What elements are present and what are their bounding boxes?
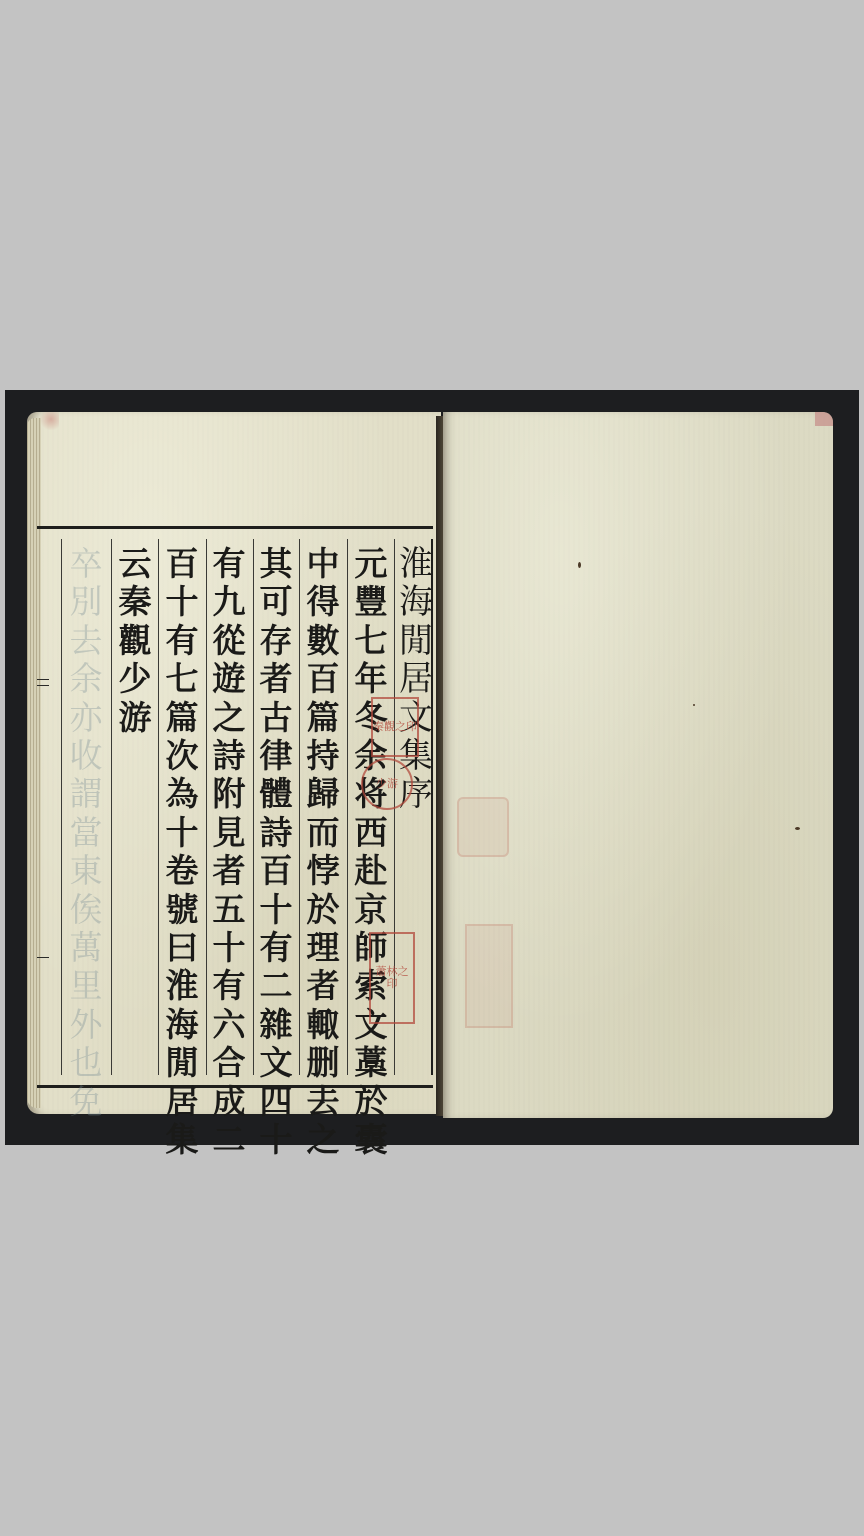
character: 十 bbox=[166, 583, 199, 621]
character: 得 bbox=[307, 583, 340, 621]
square-seal: 蕭林之印 bbox=[369, 932, 415, 1024]
character: 云 bbox=[119, 545, 152, 583]
character: 東 bbox=[70, 852, 103, 890]
character: 里 bbox=[70, 967, 103, 1005]
character: 秦 bbox=[119, 583, 152, 621]
character: 萬 bbox=[70, 929, 103, 967]
character: 有 bbox=[213, 545, 246, 583]
ghost-seal bbox=[465, 924, 513, 1028]
character: 從 bbox=[213, 622, 246, 660]
character: 百 bbox=[166, 545, 199, 583]
character: 於 bbox=[307, 891, 340, 929]
folio-mark bbox=[37, 679, 49, 680]
ghost-seal bbox=[457, 797, 509, 857]
text-column-2: 中得數百篇持歸而悖於理者輙删去之 bbox=[300, 545, 346, 1160]
character: 曰 bbox=[166, 929, 199, 967]
character: 外 bbox=[70, 1006, 103, 1044]
left-page: 淮海閒居文集序 元豐七年冬余将西赴京師索文藁於囊 中得數百篇持歸而悖於理者輙删去… bbox=[27, 412, 441, 1114]
character: 律 bbox=[260, 737, 293, 775]
character: 少 bbox=[119, 660, 152, 698]
character: 亦 bbox=[70, 699, 103, 737]
character: 去 bbox=[70, 622, 103, 660]
character: 年 bbox=[355, 660, 388, 698]
character: 二 bbox=[260, 967, 293, 1005]
character: 於 bbox=[355, 1083, 388, 1121]
character: 者 bbox=[213, 852, 246, 890]
show-through-column: 卒別去余亦收謂當東俟萬里外也免 bbox=[63, 545, 109, 1121]
character: 俟 bbox=[70, 891, 103, 929]
character: 篇 bbox=[307, 699, 340, 737]
folio-mark bbox=[37, 685, 49, 686]
character: 去 bbox=[307, 1083, 340, 1121]
character: 歸 bbox=[307, 775, 340, 813]
right-page bbox=[443, 412, 833, 1118]
character: 藁 bbox=[355, 1044, 388, 1082]
character: 中 bbox=[307, 545, 340, 583]
character: 別 bbox=[70, 583, 103, 621]
character: 悖 bbox=[307, 852, 340, 890]
character: 六 bbox=[213, 1006, 246, 1044]
character: 集 bbox=[166, 1121, 199, 1159]
character: 持 bbox=[307, 737, 340, 775]
character: 輙 bbox=[307, 1006, 340, 1044]
character: 者 bbox=[260, 660, 293, 698]
character: 者 bbox=[307, 967, 340, 1005]
character: 遊 bbox=[213, 660, 246, 698]
square-seal: 秦觀之印 bbox=[371, 697, 419, 757]
character: 七 bbox=[166, 660, 199, 698]
character: 赴 bbox=[355, 852, 388, 890]
character: 當 bbox=[70, 814, 103, 852]
character: 居 bbox=[166, 1083, 199, 1121]
character: 附 bbox=[213, 775, 246, 813]
character: 閒 bbox=[399, 622, 433, 660]
character: 觀 bbox=[119, 622, 152, 660]
character: 海 bbox=[399, 583, 433, 621]
character: 淮 bbox=[166, 967, 199, 1005]
character: 見 bbox=[213, 814, 246, 852]
character: 有 bbox=[260, 929, 293, 967]
column-rule bbox=[61, 539, 62, 1075]
character: 囊 bbox=[355, 1121, 388, 1159]
folio-mark bbox=[37, 957, 49, 958]
character: 四 bbox=[260, 1083, 293, 1121]
character: 删 bbox=[307, 1044, 340, 1082]
character: 可 bbox=[260, 583, 293, 621]
character: 十 bbox=[260, 1121, 293, 1159]
paper-speck bbox=[795, 827, 800, 830]
character: 西 bbox=[355, 814, 388, 852]
character: 詩 bbox=[213, 737, 246, 775]
character: 卷 bbox=[166, 852, 199, 890]
character: 體 bbox=[260, 775, 293, 813]
character: 海 bbox=[166, 1006, 199, 1044]
character: 合 bbox=[213, 1044, 246, 1082]
character: 也 bbox=[70, 1044, 103, 1082]
text-column-4: 有九從遊之詩附見者五十有六合成二 bbox=[206, 545, 252, 1160]
paper-speck bbox=[578, 562, 581, 568]
text-column-6: 云秦觀少游 bbox=[112, 545, 158, 737]
character: 篇 bbox=[166, 699, 199, 737]
character: 之 bbox=[213, 699, 246, 737]
character: 有 bbox=[166, 622, 199, 660]
character: 豐 bbox=[355, 583, 388, 621]
scan-background: 淮海閒居文集序 元豐七年冬余将西赴京師索文藁於囊 中得數百篇持歸而悖於理者輙删去… bbox=[5, 390, 859, 1145]
character: 卒 bbox=[70, 545, 103, 583]
character: 數 bbox=[307, 622, 340, 660]
text-column-1: 元豐七年冬余将西赴京師索文藁於囊 bbox=[348, 545, 394, 1160]
corner-stain bbox=[39, 412, 59, 430]
character: 詩 bbox=[260, 814, 293, 852]
character: 京 bbox=[355, 891, 388, 929]
character: 雜 bbox=[260, 1006, 293, 1044]
character: 百 bbox=[307, 660, 340, 698]
character: 二 bbox=[213, 1121, 246, 1159]
text-column-3: 其可存者古律體詩百十有二雜文四十 bbox=[253, 545, 299, 1160]
character: 游 bbox=[119, 699, 152, 737]
character: 五 bbox=[213, 891, 246, 929]
character: 十 bbox=[260, 891, 293, 929]
character: 收 bbox=[70, 737, 103, 775]
character: 而 bbox=[307, 814, 340, 852]
character: 閒 bbox=[166, 1044, 199, 1082]
character: 元 bbox=[355, 545, 388, 583]
paper-speck bbox=[693, 704, 695, 706]
corner-stain bbox=[815, 412, 833, 426]
character: 免 bbox=[70, 1083, 103, 1121]
character: 成 bbox=[213, 1083, 246, 1121]
character: 十 bbox=[166, 814, 199, 852]
character: 其 bbox=[260, 545, 293, 583]
character: 有 bbox=[213, 967, 246, 1005]
character: 理 bbox=[307, 929, 340, 967]
character: 居 bbox=[399, 660, 433, 698]
character: 次 bbox=[166, 737, 199, 775]
character: 九 bbox=[213, 583, 246, 621]
text-column-5: 百十有七篇次為十卷號曰淮海閒居集 bbox=[159, 545, 205, 1160]
character: 淮 bbox=[399, 545, 433, 583]
round-seal: 少游 bbox=[361, 758, 413, 810]
character: 謂 bbox=[70, 775, 103, 813]
character: 七 bbox=[355, 622, 388, 660]
character: 余 bbox=[70, 660, 103, 698]
character: 為 bbox=[166, 775, 199, 813]
character: 之 bbox=[307, 1121, 340, 1159]
character: 十 bbox=[213, 929, 246, 967]
character: 古 bbox=[260, 699, 293, 737]
character: 百 bbox=[260, 852, 293, 890]
character: 號 bbox=[166, 891, 199, 929]
character: 文 bbox=[260, 1044, 293, 1082]
character: 存 bbox=[260, 622, 293, 660]
